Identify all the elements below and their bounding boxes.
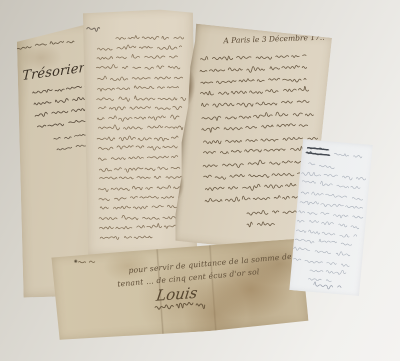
photo-scene: Trésorier Général Par le A Paris le 3 Dé… — [0, 0, 400, 361]
louis-signature: Louis — [155, 284, 199, 305]
paris-dateline: A Paris le 3 Décembre 17.. — [223, 33, 325, 46]
